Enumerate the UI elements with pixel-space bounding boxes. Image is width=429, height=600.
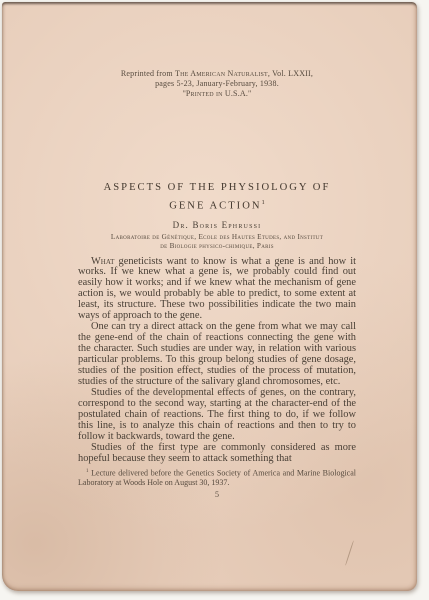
page-content: Reprinted from The American Naturalist, …	[78, 2, 356, 499]
article-title: ASPECTS OF THE PHYSIOLOGY OF GENE ACTION…	[78, 180, 356, 214]
author-affiliation: Laboratoire de Génétique, Ecole des Haut…	[78, 233, 356, 251]
title-text: GENE ACTION	[169, 201, 261, 212]
reprint-prefix: Reprinted from	[121, 69, 175, 78]
title-line-2: GENE ACTION1	[78, 195, 356, 214]
page-number: 5	[78, 490, 356, 499]
reprint-line-2: pages 5-23, January-February, 1938.	[78, 79, 356, 89]
body-paragraph-1: What geneticists want to know is what a …	[78, 257, 356, 323]
author-name: Dr. Boris Ephrussi	[78, 220, 356, 230]
body-paragraph-2: One can try a direct attack on the gene …	[78, 322, 356, 388]
body-paragraph-3: Studies of the developmental effects of …	[78, 388, 356, 443]
reprint-volume: , Vol. LXXII,	[268, 69, 313, 78]
affiliation-line-2: de Biologie physico-chimique, Paris	[78, 242, 356, 251]
journal-name: The American Naturalist	[175, 69, 268, 78]
scanned-offprint-page: Reprinted from The American Naturalist, …	[2, 2, 417, 591]
affiliation-line-1: Laboratoire de Génétique, Ecole des Haut…	[78, 233, 356, 242]
lecture-footnote: 1 Lecture delivered before the Genetics …	[78, 467, 356, 489]
paragraph-text: geneticists want to know is what a gene …	[78, 256, 356, 322]
title-footnote-marker: 1	[262, 199, 265, 206]
paper-fiber-mark	[345, 540, 354, 565]
footnote-text: Lecture delivered before the Genetics So…	[78, 468, 356, 487]
article-body: What geneticists want to know is what a …	[78, 257, 356, 465]
reprint-line-1: Reprinted from The American Naturalist, …	[78, 69, 356, 79]
title-line-1: ASPECTS OF THE PHYSIOLOGY OF	[78, 180, 356, 195]
printed-in-usa: ''Printed in U.S.A.''	[78, 89, 356, 99]
paragraph-lead-smallcaps: What	[91, 256, 114, 267]
body-paragraph-4: Studies of the first type are commonly c…	[78, 443, 356, 465]
reprint-notice: Reprinted from The American Naturalist, …	[78, 69, 356, 99]
